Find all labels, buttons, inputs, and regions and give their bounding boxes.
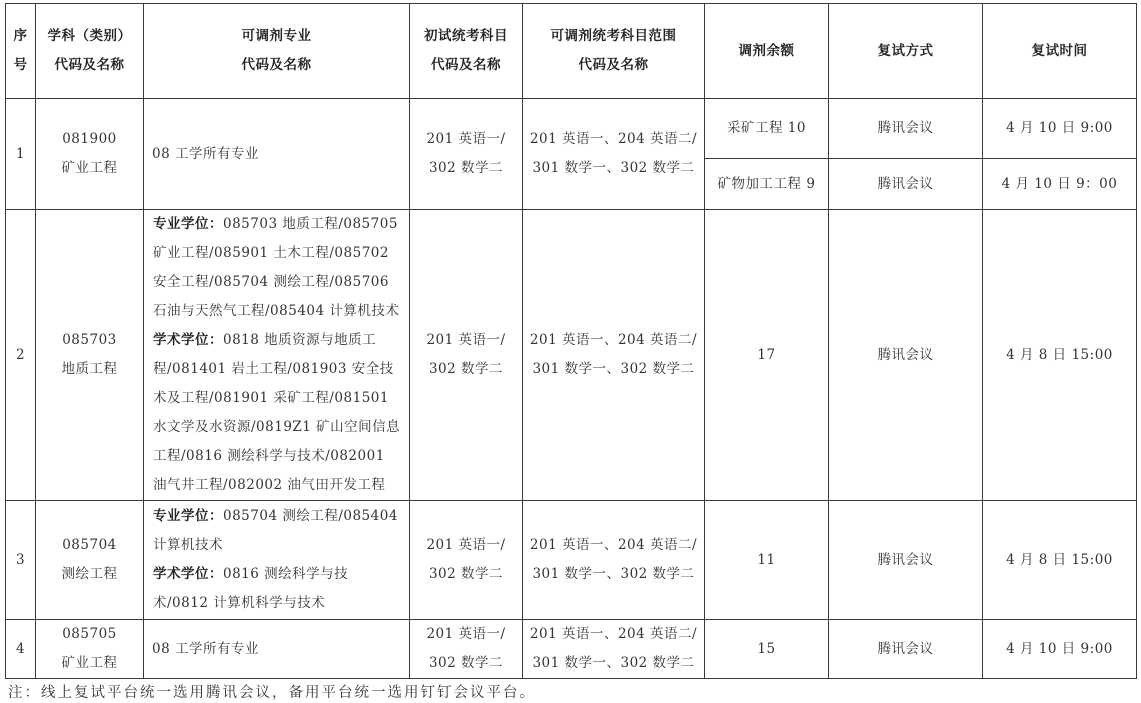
cell-retest-time: 4 月 10 日 9:00: [983, 620, 1137, 679]
initial-exam-line2: 302 数学二: [410, 154, 522, 183]
header-seq-line2: 号: [6, 51, 35, 80]
header-adjustable-majors: 可调剂专业 代码及名称: [144, 4, 410, 99]
exam-range-line2: 301 数学一、302 数学二: [523, 560, 704, 589]
cell-seq: 3: [6, 501, 36, 620]
header-initial-line1: 初试统考科目: [410, 22, 522, 51]
table-row: 2 085703 地质工程 专业学位：085703 地质工程/085705 矿业…: [6, 210, 1137, 501]
header-seq-line1: 序: [6, 22, 35, 51]
header-range-line1: 可调剂统考科目范围: [523, 22, 704, 51]
header-majors-line1: 可调剂专业: [144, 22, 409, 51]
adjustment-table: 序 号 学科（类别） 代码及名称 可调剂专业 代码及名称 初试统考科目 代码及名…: [5, 3, 1137, 679]
academic-degree-majors: 0818 地质资源与地质工程/081401 岩土工程/081903 安全技术及工…: [153, 332, 400, 493]
cell-seq: 2: [6, 210, 36, 501]
cell-exam-range: 201 英语一、204 英语二/ 301 数学一、302 数学二: [523, 210, 705, 501]
cell-quota: 15: [705, 620, 829, 679]
professional-degree-label: 专业学位：: [153, 508, 223, 524]
cell-adjustable-majors: 专业学位：085704 测绘工程/085404 计算机技术 学术学位：0816 …: [144, 501, 410, 620]
exam-range-line1: 201 英语一、204 英语二/: [523, 620, 704, 649]
exam-range-line1: 201 英语一、204 英语二/: [523, 125, 704, 154]
cell-initial-exam: 201 英语一/ 302 数学二: [410, 620, 523, 679]
cell-initial-exam: 201 英语一/ 302 数学二: [410, 210, 523, 501]
header-exam-range: 可调剂统考科目范围 代码及名称: [523, 4, 705, 99]
table-row: 4 085705 矿业工程 08 工学所有专业 201 英语一/ 302 数学二…: [6, 620, 1137, 679]
header-seq: 序 号: [6, 4, 36, 99]
academic-degree-label: 学术学位：: [153, 566, 223, 582]
exam-range-line2: 301 数学一、302 数学二: [523, 154, 704, 183]
initial-exam-line2: 302 数学二: [410, 560, 522, 589]
cell-retest-method: 腾讯会议: [829, 99, 983, 159]
academic-degree-label: 学术学位：: [153, 332, 223, 348]
cell-exam-range: 201 英语一、204 英语二/ 301 数学一、302 数学二: [523, 620, 705, 679]
header-row: 序 号 学科（类别） 代码及名称 可调剂专业 代码及名称 初试统考科目 代码及名…: [6, 4, 1137, 99]
cell-subject: 085703 地质工程: [36, 210, 144, 501]
cell-retest-time: 4 月 8 日 15:00: [983, 210, 1137, 501]
cell-retest-method: 腾讯会议: [829, 501, 983, 620]
cell-seq: 1: [6, 99, 36, 210]
header-majors-line2: 代码及名称: [144, 51, 409, 80]
cell-subject: 085705 矿业工程: [36, 620, 144, 679]
subject-code: 081900: [36, 125, 143, 154]
header-subject-line2: 代码及名称: [36, 51, 143, 80]
table-row: 3 085704 测绘工程 专业学位：085704 测绘工程/085404 计算…: [6, 501, 1137, 620]
header-range-line2: 代码及名称: [523, 51, 704, 80]
exam-range-line2: 301 数学一、302 数学二: [523, 649, 704, 678]
initial-exam-line2: 302 数学二: [410, 355, 522, 384]
initial-exam-line2: 302 数学二: [410, 649, 522, 678]
exam-range-line1: 201 英语一、204 英语二/: [523, 531, 704, 560]
header-initial-line2: 代码及名称: [410, 51, 522, 80]
subject-name: 矿业工程: [36, 154, 143, 183]
cell-seq: 4: [6, 620, 36, 679]
cell-exam-range: 201 英语一、204 英语二/ 301 数学一、302 数学二: [523, 501, 705, 620]
footnote: 注：线上复试平台统一选用腾讯会议，备用平台统一选用钉钉会议平台。: [8, 681, 536, 702]
header-retest-time: 复试时间: [983, 4, 1137, 99]
header-subject: 学科（类别） 代码及名称: [36, 4, 144, 99]
initial-exam-line1: 201 英语一/: [410, 326, 522, 355]
cell-adjustable-majors: 08 工学所有专业: [144, 620, 410, 679]
cell-quota: 采矿工程 10: [705, 99, 829, 159]
cell-subject: 081900 矿业工程: [36, 99, 144, 210]
subject-code: 085703: [36, 326, 143, 355]
cell-initial-exam: 201 英语一/ 302 数学二: [410, 99, 523, 210]
header-initial-exam: 初试统考科目 代码及名称: [410, 4, 523, 99]
table-row: 1 081900 矿业工程 08 工学所有专业 201 英语一/ 302 数学二…: [6, 99, 1137, 159]
cell-retest-time: 4 月 10 日 9:00: [983, 99, 1137, 159]
cell-adjustable-majors: 专业学位：085703 地质工程/085705 矿业工程/085901 土木工程…: [144, 210, 410, 501]
header-retest-method: 复试方式: [829, 4, 983, 99]
cell-quota: 17: [705, 210, 829, 501]
cell-subject: 085704 测绘工程: [36, 501, 144, 620]
cell-initial-exam: 201 英语一/ 302 数学二: [410, 501, 523, 620]
subject-name: 测绘工程: [36, 560, 143, 589]
cell-retest-method: 腾讯会议: [829, 210, 983, 501]
exam-range-line2: 301 数学一、302 数学二: [523, 355, 704, 384]
cell-adjustable-majors: 08 工学所有专业: [144, 99, 410, 210]
professional-degree-label: 专业学位：: [153, 216, 223, 232]
subject-name: 矿业工程: [36, 649, 143, 678]
cell-quota: 矿物加工工程 9: [705, 159, 829, 210]
subject-code: 085704: [36, 531, 143, 560]
subject-name: 地质工程: [36, 355, 143, 384]
cell-retest-time: 4 月 8 日 15:00: [983, 501, 1137, 620]
initial-exam-line1: 201 英语一/: [410, 531, 522, 560]
cell-quota: 11: [705, 501, 829, 620]
cell-retest-method: 腾讯会议: [829, 620, 983, 679]
cell-retest-method: 腾讯会议: [829, 159, 983, 210]
initial-exam-line1: 201 英语一/: [410, 125, 522, 154]
header-quota: 调剂余额: [705, 4, 829, 99]
exam-range-line1: 201 英语一、204 英语二/: [523, 326, 704, 355]
cell-retest-time: 4 月 10 日 9：00: [983, 159, 1137, 210]
initial-exam-line1: 201 英语一/: [410, 620, 522, 649]
cell-exam-range: 201 英语一、204 英语二/ 301 数学一、302 数学二: [523, 99, 705, 210]
subject-code: 085705: [36, 620, 143, 649]
header-subject-line1: 学科（类别）: [36, 22, 143, 51]
